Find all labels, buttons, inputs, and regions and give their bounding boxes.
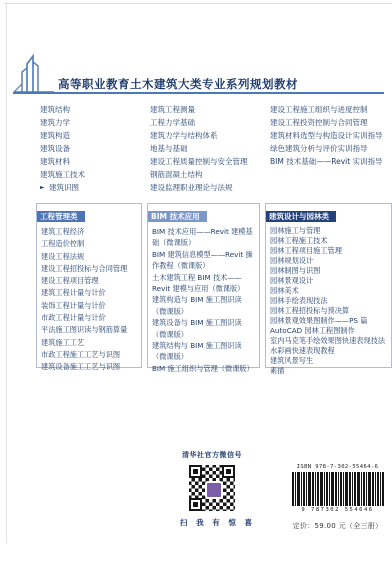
book-title: 建筑设备	[40, 142, 85, 155]
section-title: 工程管理类	[37, 211, 85, 222]
section-architecture-landscape: 建筑设计与园林类 园林施工与管理园林工程施工技术园林工程项目施工管理园林规划设计…	[265, 203, 392, 368]
book-back-cover: 高等职业教育土木建筑大类专业系列规划教材 建筑结构建筑力学建筑构造建筑设备建筑材…	[0, 0, 392, 566]
top-book-column-3: 建设工程施工组织与进度控制建设工程投资控制与合同管理建筑材料选型与构造设计实训指…	[270, 103, 383, 168]
qr-finder-icon	[222, 465, 235, 478]
section-book-list: 园林施工与管理园林工程施工技术园林工程项目施工管理园林规划设计园林制图与识图园林…	[266, 223, 391, 376]
book-title: BIM 建筑信息模型——Revit 操作教程（微课版）	[152, 249, 256, 272]
section-title: BIM 技术应用	[148, 211, 207, 222]
book-title: 建设监理职业理论与法规	[150, 181, 248, 194]
book-title: 建设工程施工组织与进度控制	[270, 103, 383, 116]
book-title: 园林规划设计	[270, 256, 388, 266]
qr-code	[188, 464, 236, 512]
qr-finder-icon	[189, 498, 202, 511]
book-title: 建筑力学与结构体系	[150, 129, 248, 142]
book-title: 园林施工与管理	[270, 226, 388, 236]
book-title: 建筑设备与 BIM 施工图识读（微课版）	[152, 317, 256, 340]
book-title: BIM 技术应用——Revit 建模基础（微课版）	[152, 226, 256, 249]
book-title: 工程力学基础	[150, 116, 248, 129]
barcode-digits: 9 787302 554646	[290, 507, 385, 513]
book-title: 建设工程招投标与合同管理	[41, 263, 138, 275]
book-title: 建筑工程计量与计价	[41, 287, 138, 299]
book-title: 水彩画快速表现教程	[270, 346, 388, 356]
book-title: 建设工程项目管理	[41, 275, 138, 287]
book-title: 园林手绘表现技法	[270, 296, 388, 306]
top-book-column-2: 建筑工程测量工程力学基础建筑力学与结构体系地基与基础建设工程质量控制与安全管理钢…	[150, 103, 248, 194]
section-book-list: BIM 技术应用——Revit 建模基础（微课版）BIM 建筑信息模型——Rev…	[148, 223, 259, 374]
book-title: 地基与基础	[150, 142, 248, 155]
section-title: 建筑设计与园林类	[266, 211, 336, 222]
book-title: 园林工程项目施工管理	[270, 246, 388, 256]
book-title: BIM 施工组织与管理（微课版）	[152, 363, 256, 374]
qr-center-logo	[205, 481, 223, 499]
section-book-list: 建筑工程经济工程造价控制建设工程法规建设工程招投标与合同管理建设工程项目管理建筑…	[37, 223, 141, 374]
book-title: 市政工程施工工艺与识图	[41, 349, 138, 361]
series-title: 高等职业教育土木建筑大类专业系列规划教材	[58, 76, 298, 92]
book-list: 建筑结构建筑力学建筑构造建筑设备建筑材料建筑施工技术	[40, 103, 85, 181]
book-title: 建筑构造	[40, 129, 85, 142]
book-title: 园林美术	[270, 286, 388, 296]
book-title: 建筑设备施工工艺与识图	[41, 361, 138, 373]
book-title: 建筑工程经济	[41, 226, 138, 238]
book-title: 建筑材料	[40, 155, 85, 168]
book-title: BIM 技术基础——Revit 实训指导	[270, 155, 383, 168]
book-title: 建筑风景写生	[270, 356, 388, 366]
book-title: 工程造价控制	[41, 238, 138, 250]
book-title: 建筑结构	[40, 103, 85, 116]
book-title: 建筑识图	[49, 183, 79, 192]
book-title: 建筑施工工艺	[41, 337, 138, 349]
barcode	[292, 472, 384, 506]
book-title: 市政工程计量与计价	[41, 312, 138, 324]
book-title: 室内马克笔手绘效果图快速表现技法	[270, 336, 388, 346]
book-title: 建设工程法规	[41, 251, 138, 263]
book-list: 建设工程施工组织与进度控制建设工程投资控制与合同管理建筑材料选型与构造设计实训指…	[270, 103, 383, 168]
isbn-barcode-block: ISBN 978-7-302-55464-6	[290, 464, 385, 531]
qr-finder-icon	[189, 465, 202, 478]
book-title: 装饰工程计量与计价	[41, 300, 138, 312]
book-title: 园林工程招投标与预决算	[270, 306, 388, 316]
book-title: 建筑结构与 BIM 施工图识读（微课版）	[152, 340, 256, 363]
book-title: 建设工程质量控制与安全管理	[150, 155, 248, 168]
highlighted-book: ► 建筑识图	[40, 181, 85, 194]
wechat-qr-block: 清华社官方微信号 扫 我 有 惊 喜	[180, 450, 244, 528]
publisher-buildings-logo	[13, 54, 55, 94]
book-title: 建筑工程测量	[150, 103, 248, 116]
scan-edge-left	[6, 3, 7, 543]
book-title: 园林制图与识图	[270, 266, 388, 276]
section-engineering-management: 工程管理类 建筑工程经济工程造价控制建设工程法规建设工程招投标与合同管理建设工程…	[36, 203, 142, 368]
book-title: 园林工程施工技术	[270, 236, 388, 246]
book-title: 绿色建筑分析与评价实训指导	[270, 142, 383, 155]
scan-edge-top	[4, 3, 392, 4]
price-text: 定价：59.00 元（全三册）	[290, 521, 385, 531]
top-book-column-1: 建筑结构建筑力学建筑构造建筑设备建筑材料建筑施工技术 ► 建筑识图	[40, 103, 85, 194]
qr-caption-top: 清华社官方微信号	[180, 450, 244, 460]
isbn-text: ISBN 978-7-302-55464-6	[290, 464, 385, 470]
book-title: 土木建筑工程 BIM 技术——Revit 建模与应用（微课版）	[152, 272, 256, 295]
book-list: 建筑工程测量工程力学基础建筑力学与结构体系地基与基础建设工程质量控制与安全管理钢…	[150, 103, 248, 194]
book-title: 建筑施工技术	[40, 168, 85, 181]
book-title: 素描	[270, 366, 388, 376]
header-rule	[13, 92, 384, 94]
book-title: 平法施工图识读与钢筋算量	[41, 324, 138, 336]
book-title: 园林景观效果图制作——PS 篇	[270, 316, 388, 326]
arrow-marker-icon: ►	[40, 184, 45, 191]
section-bim-technology: BIM 技术应用 BIM 技术应用——Revit 建模基础（微课版）BIM 建筑…	[147, 203, 260, 368]
qr-caption-bottom: 扫 我 有 惊 喜	[180, 517, 244, 528]
book-title: 建筑构造与 BIM 施工图识读（微课版）	[152, 294, 256, 317]
book-title: 建筑力学	[40, 116, 85, 129]
book-title: AutoCAD 园林工程图制作	[270, 326, 388, 336]
book-title: 钢筋混凝土结构	[150, 168, 248, 181]
book-title: 建设工程投资控制与合同管理	[270, 116, 383, 129]
book-title: 园林景观设计	[270, 276, 388, 286]
book-title: 建筑材料选型与构造设计实训指导	[270, 129, 383, 142]
